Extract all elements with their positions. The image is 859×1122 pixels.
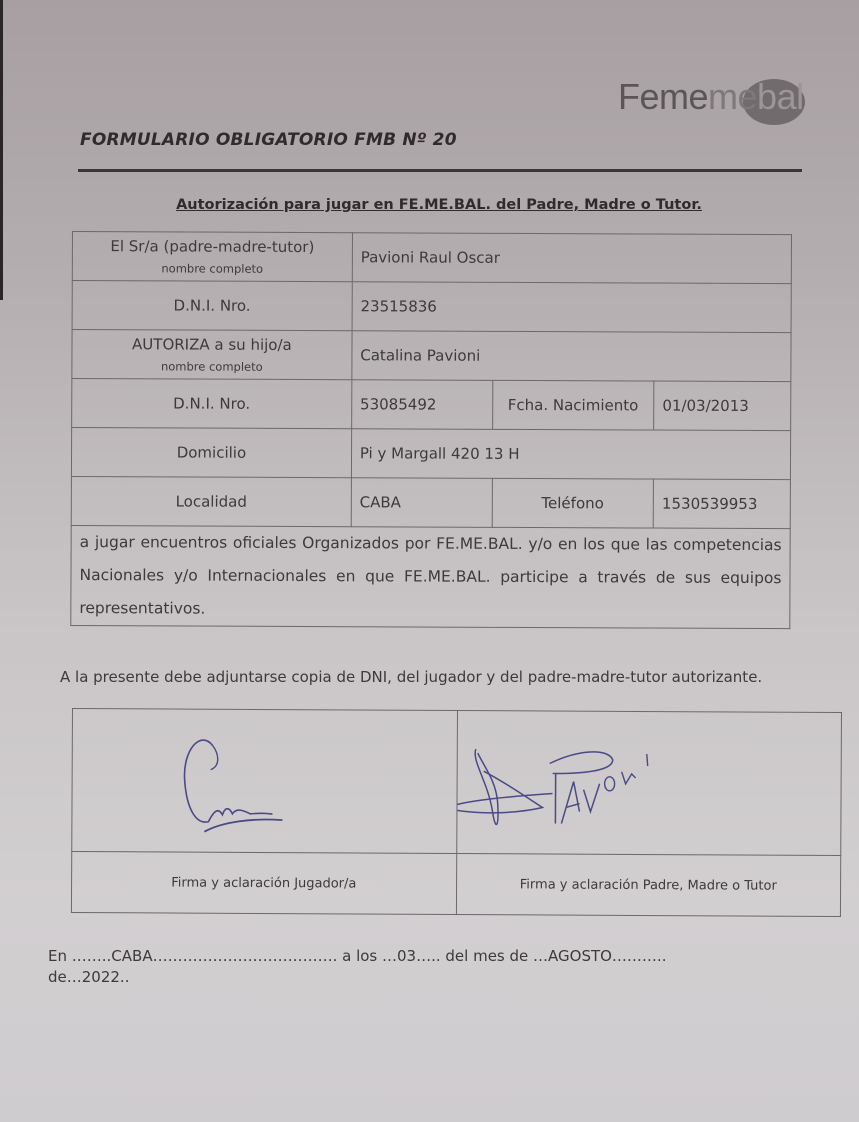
signature-table: Firma y aclaración Jugador/a Firma y acl… <box>71 708 842 917</box>
header-divider <box>78 169 802 172</box>
player-signature-caption: Firma y aclaración Jugador/a <box>71 852 456 915</box>
child-name-label-cell: AUTORIZA a su hijo/a nombre completo <box>72 330 352 380</box>
form-title: FORMULARIO OBLIGATORIO FMB Nº 20 <box>80 130 457 150</box>
birth-date-field[interactable]: 01/03/2013 <box>654 381 791 431</box>
photo-edge-shadow <box>0 0 3 300</box>
parent-name-field[interactable]: Pavioni Raul Oscar <box>352 233 791 284</box>
parent-dni-field[interactable]: 23515836 <box>352 282 791 333</box>
table-row: Domicilio Pi y Margall 420 13 H <box>71 428 790 480</box>
logo-mid: me <box>708 76 757 117</box>
player-signature-icon <box>72 709 458 851</box>
signature-row <box>72 709 842 856</box>
parent-signature-icon <box>457 711 843 853</box>
parent-signature-caption: Firma y aclaración Padre, Madre o Tutor <box>456 854 841 917</box>
parent-name-label: El Sr/a (padre-madre-tutor) <box>81 237 344 256</box>
parent-name-sublabel: nombre completo <box>81 261 344 276</box>
femebal-logo: Fememebal <box>618 76 804 120</box>
place-and-date: En ……..CABA………………………………. a los …03….. de… <box>48 946 788 988</box>
phone-label: Teléfono <box>492 478 654 528</box>
table-row: D.N.I. Nro. 23515836 <box>72 281 791 333</box>
address-field[interactable]: Pi y Margall 420 13 H <box>351 429 790 480</box>
table-row: D.N.I. Nro. 53085492 Fcha. Nacimiento 01… <box>72 379 791 431</box>
table-row: AUTORIZA a su hijo/a nombre completo Cat… <box>72 330 791 382</box>
table-row: Localidad CABA Teléfono 1530539953 <box>71 476 790 528</box>
table-row: a jugar encuentros oficiales Organizados… <box>71 525 790 628</box>
parent-dni-label: D.N.I. Nro. <box>72 281 352 331</box>
player-signature-box[interactable] <box>72 709 457 854</box>
logo-suffix: bal <box>757 76 804 117</box>
authorization-table: El Sr/a (padre-madre-tutor) nombre compl… <box>70 231 792 629</box>
attachment-note: A la presente debe adjuntarse copia de D… <box>60 668 800 686</box>
authorization-text: a jugar encuentros oficiales Organizados… <box>71 525 790 628</box>
child-name-label: AUTORIZA a su hijo/a <box>80 335 343 354</box>
birth-date-label: Fcha. Nacimiento <box>492 380 654 430</box>
form-subtitle: Autorización para jugar en FE.ME.BAL. de… <box>0 197 859 213</box>
locality-label: Localidad <box>71 476 351 526</box>
document-page: Fememebal FORMULARIO OBLIGATORIO FMB Nº … <box>0 0 859 1122</box>
table-row: El Sr/a (padre-madre-tutor) nombre compl… <box>72 232 791 284</box>
address-label: Domicilio <box>71 428 351 478</box>
locality-field[interactable]: CABA <box>351 478 492 528</box>
parent-name-label-cell: El Sr/a (padre-madre-tutor) nombre compl… <box>72 232 352 282</box>
caption-row: Firma y aclaración Jugador/a Firma y acl… <box>71 852 840 917</box>
parent-signature-box[interactable] <box>456 711 841 856</box>
child-dni-label: D.N.I. Nro. <box>72 379 352 429</box>
logo-text: Fememebal <box>618 76 804 117</box>
child-dni-field[interactable]: 53085492 <box>351 380 492 430</box>
child-name-field[interactable]: Catalina Pavioni <box>352 331 791 382</box>
place-date-line-2: de…2022.. <box>48 967 788 988</box>
logo-prefix: Feme <box>618 76 708 117</box>
place-date-line-1: En ……..CABA………………………………. a los …03….. de… <box>48 946 788 967</box>
phone-field[interactable]: 1530539953 <box>653 479 790 529</box>
child-name-sublabel: nombre completo <box>80 359 343 374</box>
